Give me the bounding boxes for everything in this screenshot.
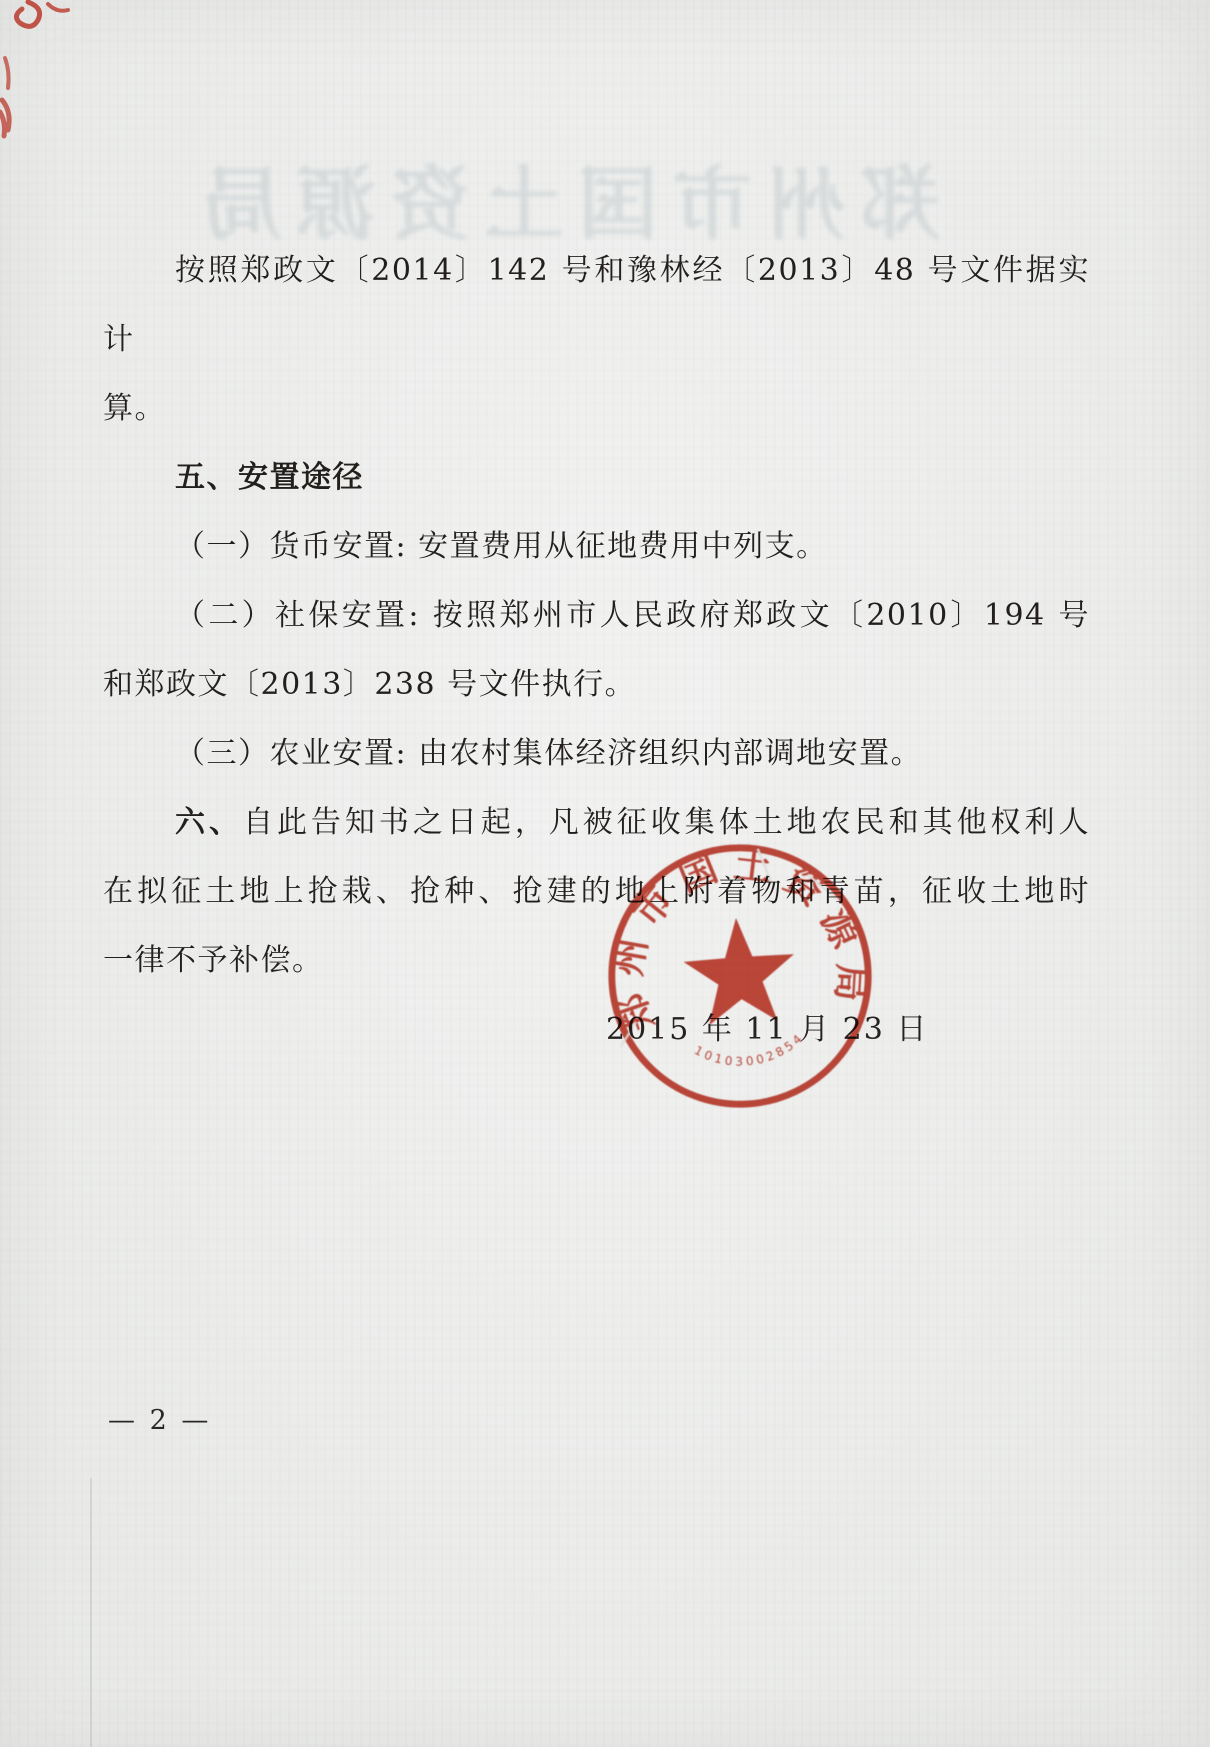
document-date: 2015 年 11 月 23 日 [606,1004,928,1048]
paper-crease-line [90,1478,92,1747]
text-line: 按照郑政文〔2014〕142 号和豫林经〔2013〕48 号文件据实计 [103,236,1090,374]
text-line: 算。 [103,374,1090,443]
text-line: 一律不予补偿。 [103,926,1090,995]
text-line: （二）社保安置: 按照郑州市人民政府郑政文〔2010〕194 号 [103,581,1090,650]
text-line: 五、安置途径 [103,443,1090,512]
line-bold-prefix: 六、 [175,805,243,840]
text-line: （三）农业安置: 由农村集体经济组织内部调地安置。 [103,719,1090,788]
page-number: — 2 — [108,1405,211,1436]
text-line: （一）货币安置: 安置费用从征地费用中列支。 [103,512,1090,581]
text-line: 在拟征土地上抢栽、抢种、抢建的地上附着物和青苗，征收土地时 [103,857,1090,926]
text-line: 和郑政文〔2013〕238 号文件执行。 [103,650,1090,719]
red-pen-artifact-marks [0,0,80,150]
document-body: 按照郑政文〔2014〕142 号和豫林经〔2013〕48 号文件据实计算。五、安… [103,236,1090,995]
text-line: 六、自此告知书之日起，凡被征收集体土地农民和其他权利人 [103,788,1090,857]
